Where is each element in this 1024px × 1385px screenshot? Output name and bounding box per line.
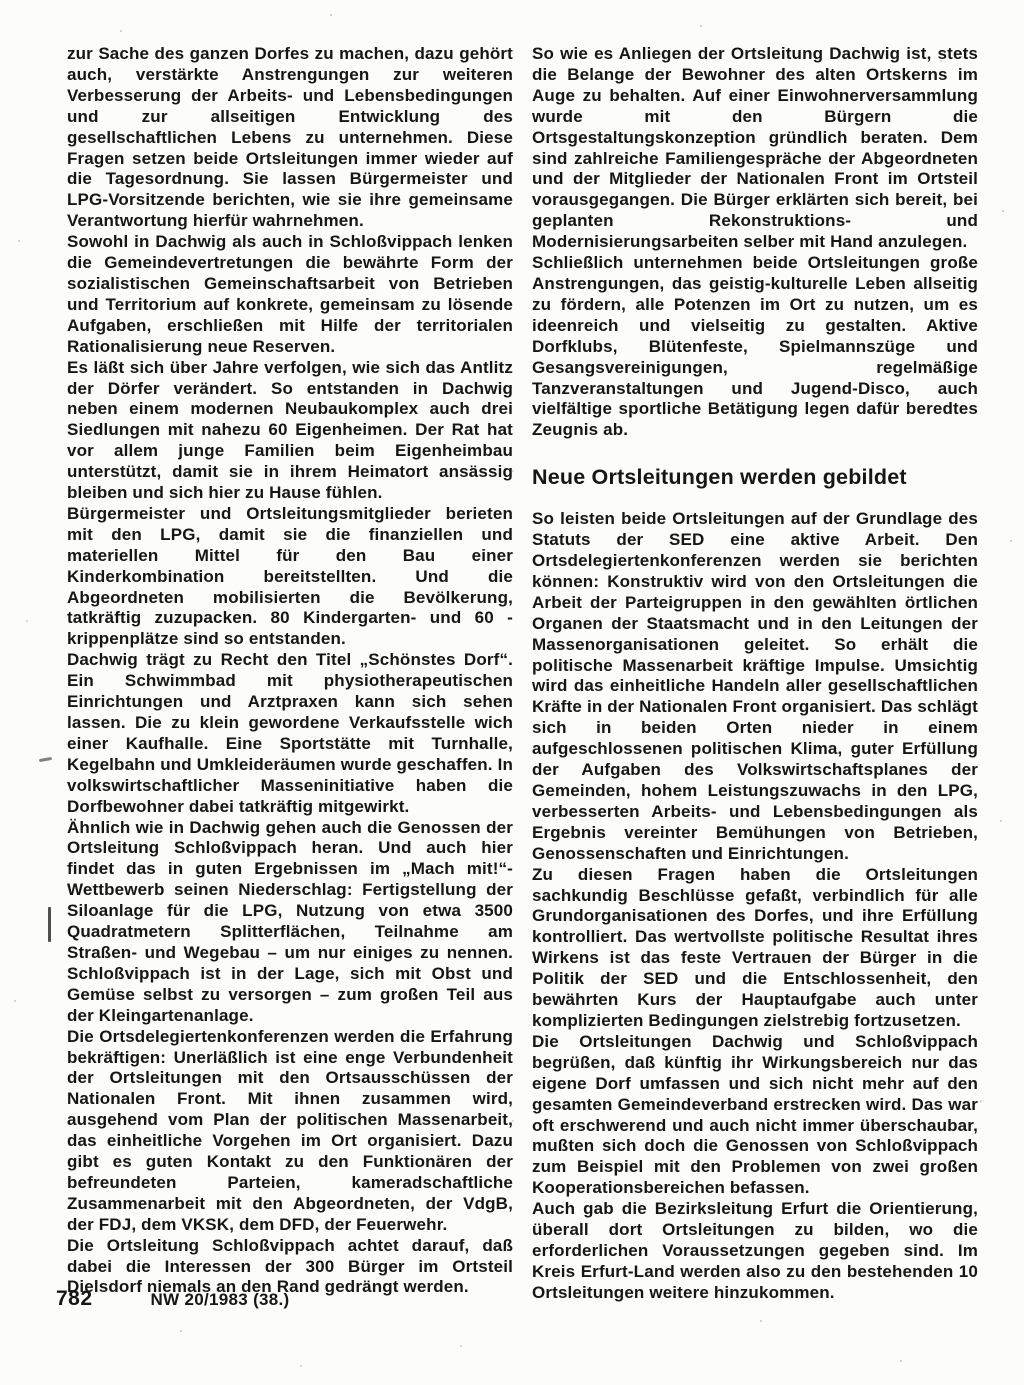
left-text-column: zur Sache des ganzen Dorfes zu machen, d…: [67, 44, 513, 1298]
paragraph: So wie es Anliegen der Ortsleitung Dachw…: [532, 44, 978, 253]
paragraph: Dachwig trägt zu Recht den Titel „Schöns…: [67, 650, 513, 817]
paragraph: Sowohl in Dachwig als auch in Schloßvipp…: [67, 232, 513, 357]
paragraph: So leisten beide Ortsleitungen auf der G…: [532, 509, 978, 864]
paragraph: Schließlich unternehmen beide Ortsleitun…: [532, 253, 978, 441]
page-footer: 782 NW 20/1983 (38.): [56, 1287, 290, 1311]
section-heading: Neue Ortsleitungen werden gebildet: [532, 464, 978, 490]
paragraph: Die Ortsdelegiertenkonferenzen werden di…: [67, 1027, 513, 1236]
page-number: 782: [56, 1287, 93, 1311]
margin-pencil-dash: [39, 757, 52, 762]
paragraph: Die Ortsleitungen Dachwig und Schloßvipp…: [532, 1032, 978, 1199]
scanned-magazine-page: zur Sache des ganzen Dorfes zu machen, d…: [0, 0, 1024, 1385]
paragraph: Ähnlich wie in Dachwig gehen auch die Ge…: [67, 818, 513, 1027]
scan-noise-speckles: [0, 0, 2, 2]
margin-pencil-tick: [48, 907, 51, 942]
paragraph: Zu diesen Fragen haben die Ortsleitungen…: [532, 865, 978, 1032]
paragraph: Bürgermeister und Ortsleitungsmitglieder…: [67, 504, 513, 650]
paragraph: Es läßt sich über Jahre verfolgen, wie s…: [67, 358, 513, 504]
right-text-column: So wie es Anliegen der Ortsleitung Dachw…: [532, 44, 978, 1304]
paragraph: zur Sache des ganzen Dorfes zu machen, d…: [67, 44, 513, 232]
paragraph: Auch gab die Bezirksleitung Erfurt die O…: [532, 1199, 978, 1304]
issue-label: NW 20/1983 (38.): [151, 1290, 290, 1310]
